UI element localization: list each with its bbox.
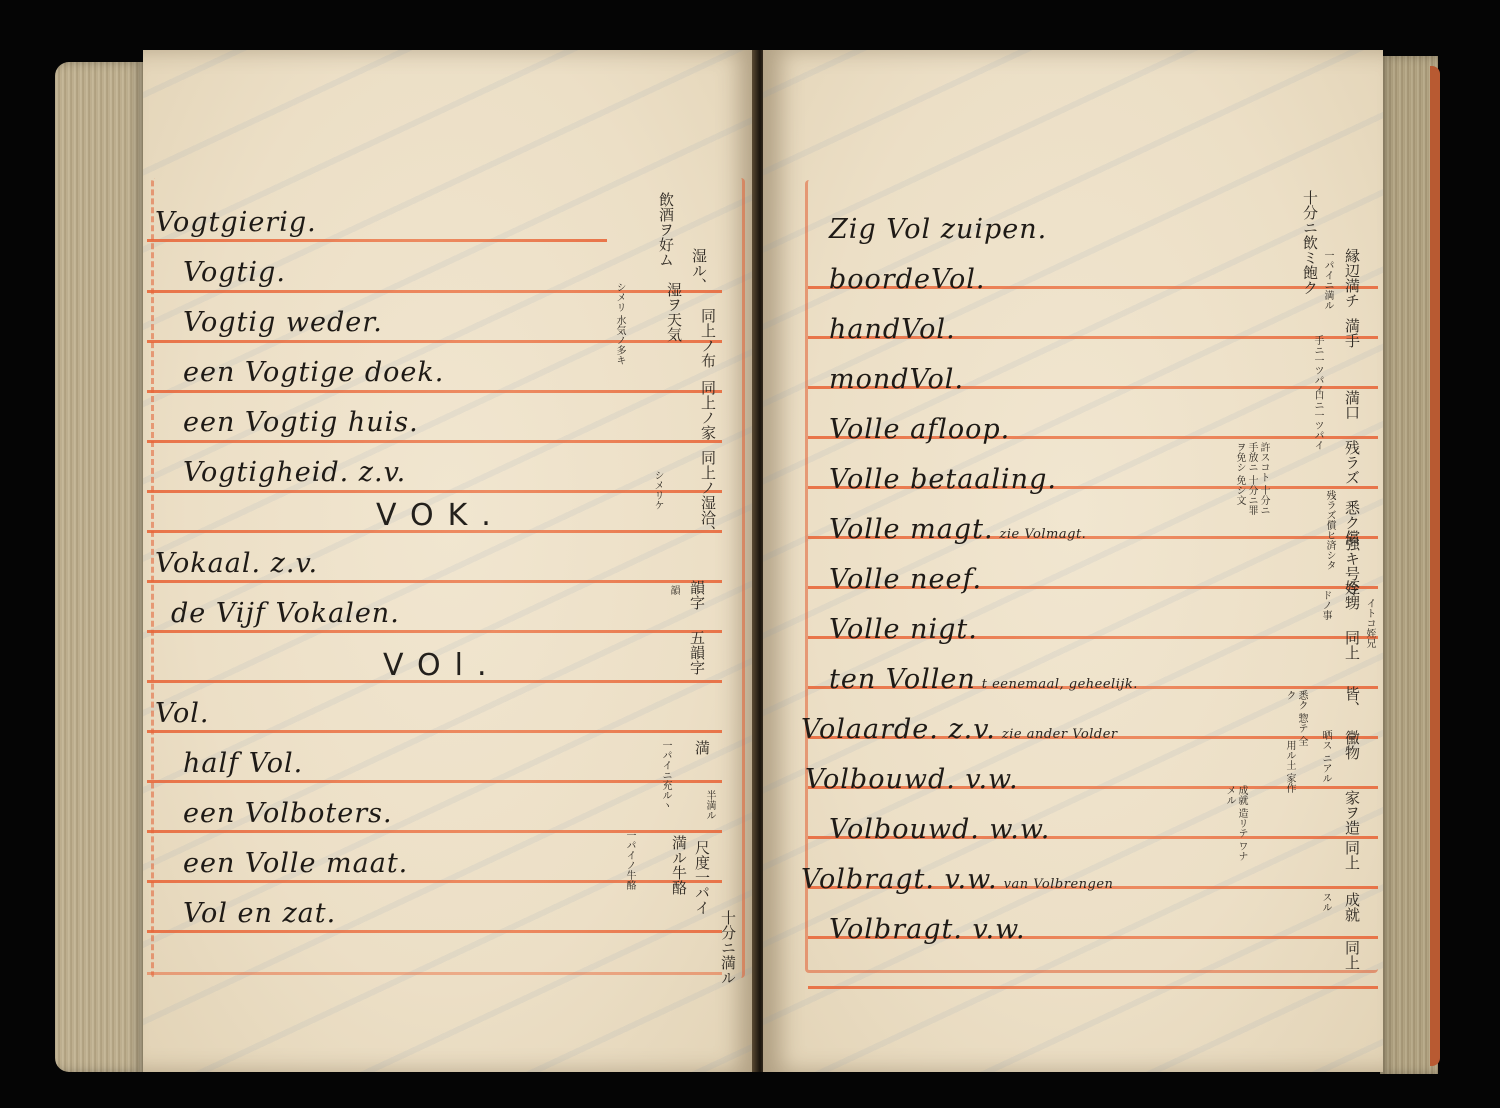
entry-cross-reference: van Volbrengen xyxy=(1004,877,1114,892)
japanese-gloss-note: 一パイノ牛酪 xyxy=(623,830,635,920)
dictionary-entry: een Volle maat. xyxy=(183,848,408,879)
japanese-gloss-note: 口ニ一ツパイ xyxy=(1311,390,1323,450)
dictionary-entry: mondVol. xyxy=(829,364,964,395)
left-page: Vogtgierig. Vogtig. Vogtig weder. een Vo… xyxy=(143,50,757,1072)
japanese-gloss-note: 一パイニ充ルヽ xyxy=(659,740,671,820)
japanese-gloss: 満手 xyxy=(1343,318,1360,348)
section-heading: VOl. xyxy=(383,648,500,683)
rule-line xyxy=(147,780,722,783)
japanese-gloss: 成就 xyxy=(1343,892,1360,922)
japanese-gloss: 飲酒ヲ好ム xyxy=(657,192,674,267)
japanese-gloss: 半満ル xyxy=(703,790,715,820)
dictionary-entry: Volle afloop. xyxy=(829,414,1010,445)
japanese-gloss: 同上 xyxy=(1343,630,1360,660)
japanese-gloss: 皆、 xyxy=(1343,686,1360,716)
japanese-gloss-note: 成就 造リテ ワナメル xyxy=(1223,785,1247,865)
dictionary-entry: een Vogtige doek. xyxy=(183,357,444,388)
japanese-gloss: 満ル牛酪 xyxy=(670,835,687,895)
japanese-gloss: 同上 xyxy=(1343,840,1360,870)
japanese-gloss-note: 用ル土 家作 xyxy=(1283,740,1295,820)
rule-line xyxy=(147,630,722,633)
japanese-gloss-note: 一パイニ満ル xyxy=(1321,250,1333,310)
dictionary-entry: Volle neef. xyxy=(829,564,982,595)
dictionary-entry: handVol. xyxy=(829,314,956,345)
left-page-edges xyxy=(55,62,143,1072)
japanese-gloss: 同上ノ湿洽、 xyxy=(699,450,716,540)
japanese-gloss: 黴物 xyxy=(1343,730,1360,760)
dictionary-entry: een Volboters. xyxy=(183,798,393,829)
dictionary-entry: Vol en zat. xyxy=(183,898,336,929)
section-heading: VOK. xyxy=(376,498,505,533)
dictionary-entry: de Vijf Vokalen. xyxy=(171,598,400,629)
entry-headword: Volbragt. v.w. xyxy=(801,864,998,895)
japanese-gloss-note: 韻 xyxy=(667,585,679,595)
open-manuscript-book: Vogtgierig. Vogtig. Vogtig weder. een Vo… xyxy=(0,0,1500,1108)
dictionary-entry: Vogtig. xyxy=(183,257,286,288)
rule-line xyxy=(147,880,722,883)
dictionary-entry: Vokaal. z.v. xyxy=(155,548,318,579)
dictionary-entry: Volbouwd. w.w. xyxy=(829,814,1050,845)
japanese-gloss-note: シメリ 水気ノ多キ xyxy=(613,282,625,382)
entry-headword: Volle magt. xyxy=(829,514,994,545)
japanese-gloss: 家ヲ造 xyxy=(1343,790,1360,835)
japanese-gloss-note: ドノ事 xyxy=(1319,590,1331,620)
rule-line xyxy=(147,440,722,443)
japanese-gloss-note: シメリケ xyxy=(651,470,663,510)
japanese-gloss: 韻字 xyxy=(688,580,705,610)
dictionary-entry: een Vogtig huis. xyxy=(183,407,419,438)
rule-line xyxy=(147,390,722,393)
dictionary-entry: Zig Vol zuipen. xyxy=(829,214,1047,245)
entry-headword: Volaarde. z.v. xyxy=(801,714,996,745)
dictionary-entry: Volle nigt. xyxy=(829,614,978,645)
japanese-gloss: 同上ノ家 xyxy=(699,380,716,440)
dictionary-entry: Volbragt. v.w. xyxy=(829,914,1026,945)
rule-line xyxy=(147,490,722,493)
entry-cross-reference: zie Volmagt. xyxy=(1000,527,1087,542)
japanese-gloss-note: スル xyxy=(1319,892,1331,912)
dictionary-entry: Volaarde. z.v.zie ander Volder xyxy=(801,714,1118,745)
right-page: Zig Vol zuipen. boordeVol. handVol. mond… xyxy=(763,50,1383,1072)
rule-line xyxy=(147,830,722,833)
rule-line xyxy=(147,290,722,293)
entry-cross-reference: t eenemaal, geheelijk. xyxy=(982,677,1138,692)
rule-line xyxy=(147,730,722,733)
japanese-gloss: 同上 xyxy=(1343,940,1360,970)
rule-line xyxy=(147,972,722,975)
rule-line xyxy=(147,930,722,933)
dictionary-entry: Vogtig weder. xyxy=(183,307,383,338)
dictionary-entry: Vogtgierig. xyxy=(155,207,317,238)
japanese-gloss: 同上ノ布 xyxy=(699,308,716,368)
japanese-gloss: 満 xyxy=(693,740,710,755)
dictionary-entry: Vogtigheid. z.v. xyxy=(183,457,406,488)
japanese-gloss-note: 許スコト 十分ニ手放ニ 十分ニ罪ヲ免シ 免シ文 xyxy=(1233,442,1269,522)
japanese-gloss: 湿ヲ天気 xyxy=(665,282,682,342)
book-cover-edge xyxy=(1430,66,1440,1066)
japanese-gloss: 縁辺満チ xyxy=(1343,248,1360,308)
dictionary-entry: Vol. xyxy=(155,698,210,729)
japanese-gloss: 十分ニ満ル xyxy=(719,910,736,985)
dictionary-entry: ten Vollent eenemaal, geheelijk. xyxy=(829,664,1138,695)
japanese-gloss-note: 残ラズ償ヒ済シタ xyxy=(1323,490,1335,570)
rule-line xyxy=(147,580,722,583)
japanese-gloss-note: 晒ス ニアル xyxy=(1319,730,1331,783)
japanese-gloss: 尺度一パイ xyxy=(693,840,710,970)
japanese-gloss: 十分ニ飲ミ飽ク xyxy=(1301,190,1318,295)
entry-headword: ten Vollen xyxy=(829,664,976,695)
japanese-gloss: 残ラズ xyxy=(1343,440,1360,485)
dictionary-entry: Volbragt. v.w.van Volbrengen xyxy=(801,864,1113,895)
dictionary-entry: Volbouwd. v.w. xyxy=(805,764,1019,795)
entry-cross-reference: zie ander Volder xyxy=(1002,727,1118,742)
rule-line xyxy=(808,986,1378,989)
japanese-gloss-note: 手ニ一ツパイ xyxy=(1311,335,1323,395)
japanese-gloss: 五韻字 xyxy=(688,630,705,675)
dictionary-entry: Volle magt.zie Volmagt. xyxy=(829,514,1086,545)
dictionary-entry: half Vol. xyxy=(183,748,303,779)
dictionary-entry: boordeVol. xyxy=(829,264,985,295)
rule-line xyxy=(147,340,722,343)
japanese-gloss: 満口 xyxy=(1343,390,1360,420)
dictionary-entry: Volle betaaling. xyxy=(829,464,1057,495)
japanese-gloss: 姪甥 xyxy=(1343,580,1360,610)
japanese-gloss-note: イトコ姪兄 xyxy=(1363,598,1375,648)
japanese-gloss: 湿ル、 xyxy=(690,248,707,293)
rule-line xyxy=(147,239,607,242)
